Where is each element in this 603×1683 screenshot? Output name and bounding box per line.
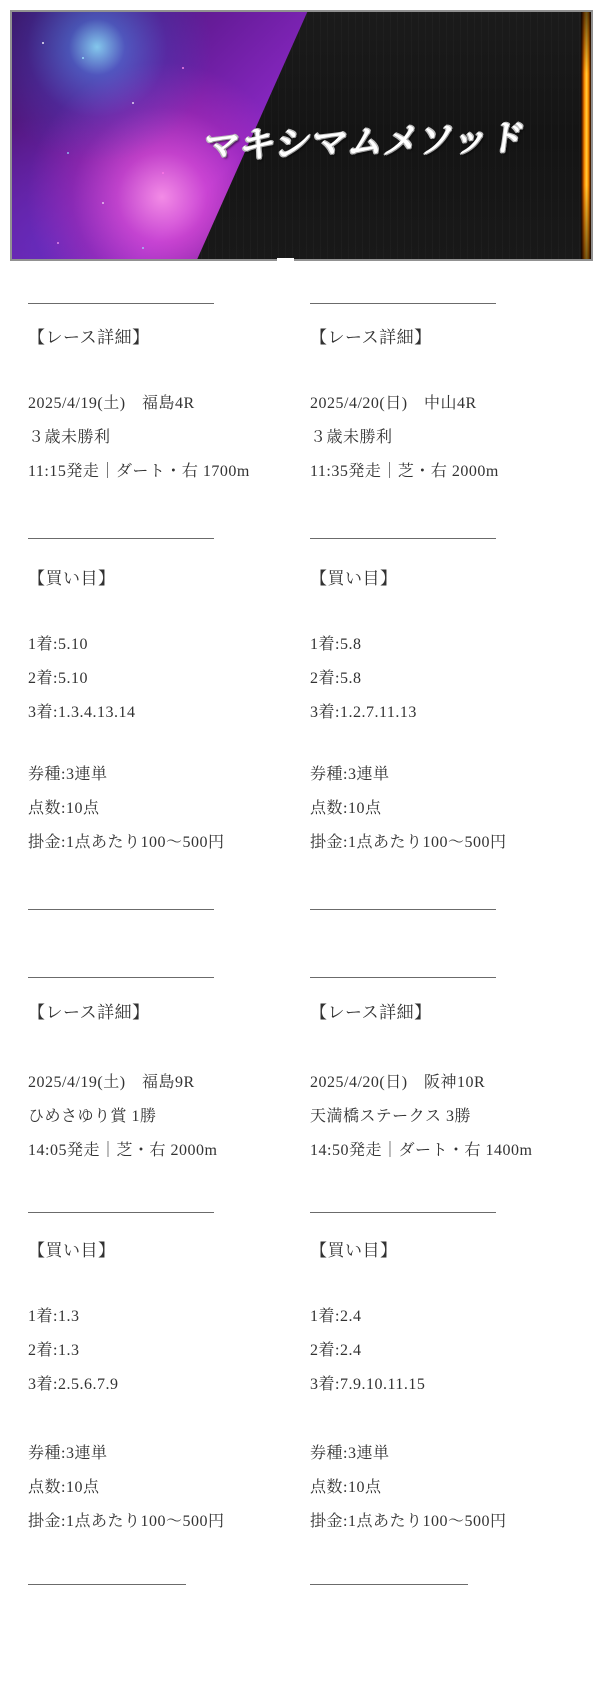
- bet-third-place: 3着:1.3.4.13.14: [28, 696, 298, 730]
- page: マキシマムメソッド 【レース詳細】 2025/4/19(土) 福島4R ３歳未勝…: [0, 0, 603, 1683]
- race-date: 2025/4/19(土) 福島4R: [28, 387, 298, 421]
- divider-line: [310, 303, 496, 304]
- race-name: 天満橋ステークス 3勝: [310, 1100, 580, 1134]
- divider-line: [310, 1212, 496, 1213]
- bet-second-place: 2着:2.4: [310, 1334, 580, 1368]
- hero-banner-art: マキシマムメソッド: [12, 12, 591, 259]
- divider-line: [28, 538, 214, 539]
- race-time-course: 11:35発走｜芝・右 2000m: [310, 455, 580, 489]
- bets-header: 【買い目】: [310, 1234, 580, 1268]
- column-left: 【レース詳細】 2025/4/19(土) 福島4R ３歳未勝利 11:15発走｜…: [28, 289, 298, 1585]
- points-count: 点数:10点: [28, 1471, 298, 1505]
- bets-header: 【買い目】: [310, 562, 580, 596]
- race-detail-header: 【レース詳細】: [28, 321, 298, 355]
- bet-first-place: 1着:5.10: [28, 628, 298, 662]
- column-right: 【レース詳細】 2025/4/20(日) 中山4R ３歳未勝利 11:35発走｜…: [310, 289, 580, 1585]
- ticket-type: 券種:3連単: [28, 758, 298, 792]
- ticket-type: 券種:3連単: [310, 1437, 580, 1471]
- divider-line: [310, 1584, 468, 1585]
- divider-line: [28, 909, 214, 910]
- race-name: ひめさゆり賞 1勝: [28, 1100, 298, 1134]
- race-time-course: 14:05発走｜芝・右 2000m: [28, 1134, 298, 1168]
- bet-first-place: 1着:2.4: [310, 1300, 580, 1334]
- race-date: 2025/4/19(土) 福島9R: [28, 1066, 298, 1100]
- bet-second-place: 2着:5.10: [28, 662, 298, 696]
- bet-third-place: 3着:7.9.10.11.15: [310, 1368, 580, 1402]
- points-count: 点数:10点: [28, 792, 298, 826]
- ticket-type: 券種:3連単: [310, 758, 580, 792]
- race-name: ３歳未勝利: [310, 421, 580, 455]
- banner-border-notch: [277, 258, 294, 261]
- divider-line: [28, 1212, 214, 1213]
- divider-line: [310, 977, 496, 978]
- divider-line: [310, 909, 496, 910]
- race-date: 2025/4/20(日) 阪神10R: [310, 1066, 580, 1100]
- divider-line: [28, 977, 214, 978]
- race-detail-header: 【レース詳細】: [310, 321, 580, 355]
- stake-amount: 掛金:1点あたり100〜500円: [28, 1505, 298, 1539]
- race-name: ３歳未勝利: [28, 421, 298, 455]
- points-count: 点数:10点: [310, 792, 580, 826]
- hero-banner: マキシマムメソッド: [10, 10, 593, 261]
- race-date: 2025/4/20(日) 中山4R: [310, 387, 580, 421]
- bet-first-place: 1着:1.3: [28, 1300, 298, 1334]
- bets-header: 【買い目】: [28, 1234, 298, 1268]
- bet-third-place: 3着:1.2.7.11.13: [310, 696, 580, 730]
- bet-first-place: 1着:5.8: [310, 628, 580, 662]
- stake-amount: 掛金:1点あたり100〜500円: [28, 826, 298, 860]
- banner-title: マキシマムメソッド: [201, 120, 528, 164]
- bet-second-place: 2着:5.8: [310, 662, 580, 696]
- race-time-course: 11:15発走｜ダート・右 1700m: [28, 455, 298, 489]
- ticket-type: 券種:3連単: [28, 1437, 298, 1471]
- race-detail-header: 【レース詳細】: [310, 996, 580, 1030]
- bet-second-place: 2着:1.3: [28, 1334, 298, 1368]
- stake-amount: 掛金:1点あたり100〜500円: [310, 1505, 580, 1539]
- particle-dots-graphic: [42, 42, 44, 44]
- orange-edge-stripe: [581, 12, 591, 259]
- race-time-course: 14:50発走｜ダート・右 1400m: [310, 1134, 580, 1168]
- divider-line: [28, 1584, 186, 1585]
- divider-line: [28, 303, 214, 304]
- race-detail-header: 【レース詳細】: [28, 996, 298, 1030]
- bets-header: 【買い目】: [28, 562, 298, 596]
- stake-amount: 掛金:1点あたり100〜500円: [310, 826, 580, 860]
- points-count: 点数:10点: [310, 1471, 580, 1505]
- divider-line: [310, 538, 496, 539]
- bet-third-place: 3着:2.5.6.7.9: [28, 1368, 298, 1402]
